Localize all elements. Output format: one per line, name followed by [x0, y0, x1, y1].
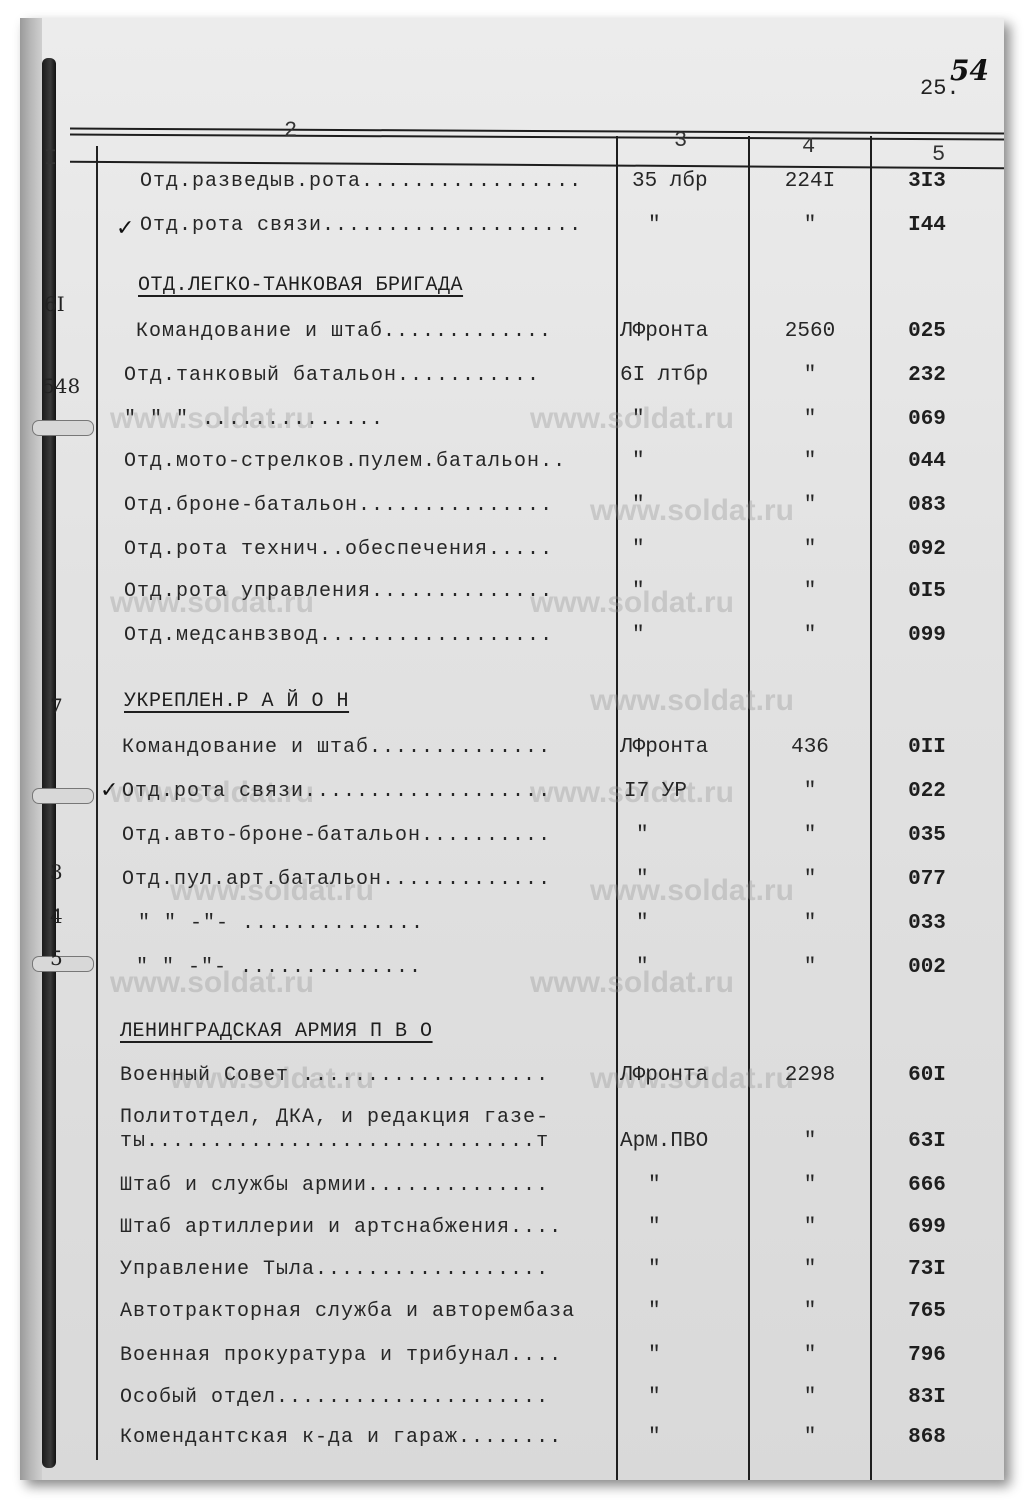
- unit-name: Штаб и службы армии..............: [120, 1174, 549, 1197]
- unit-code: 436: [755, 736, 865, 759]
- table-row: Политотдел, ДКА, и редакция газе- ты....…: [20, 1106, 1004, 1166]
- unit-name: " " " ..............: [124, 408, 384, 431]
- table-row: Автотракторная служба и авторембаза " " …: [20, 1300, 1004, 1340]
- unit-number: 022: [872, 780, 982, 803]
- section-heading: ОТД.ЛЕГКО-ТАНКОВАЯ БРИГАДА: [138, 274, 463, 297]
- unit-subordination: 6I лтбр: [620, 364, 730, 387]
- unit-code: ": [755, 364, 865, 387]
- unit-subordination: ": [632, 408, 742, 431]
- document-page: I 2 3 4 5 25. 54 6I 548 7 3 4 5 ✓ ✓ www.…: [20, 18, 1004, 1480]
- unit-name: Отд.разведыв.рота.................: [140, 170, 582, 193]
- table-row: Отд.рота управления.............. " " 0I…: [20, 580, 1004, 620]
- margin-note: 7: [50, 694, 63, 718]
- unit-name: Политотдел, ДКА, и редакция газе-: [120, 1106, 549, 1129]
- unit-name-continuation: ты..............................т: [120, 1130, 549, 1153]
- unit-code: ": [755, 1216, 865, 1239]
- unit-number: 666: [872, 1174, 982, 1197]
- unit-code: 2298: [755, 1064, 865, 1087]
- table-row: Комендантская к-да и гараж........ " " 8…: [20, 1426, 1004, 1466]
- unit-code: ": [755, 1426, 865, 1449]
- table-row: Отд.рота технич..обеспечения..... " " 09…: [20, 538, 1004, 578]
- unit-subordination: ": [632, 624, 742, 647]
- unit-name: Отд.рота связи...................: [122, 780, 551, 803]
- unit-code: 224I: [755, 170, 865, 193]
- unit-code: ": [755, 780, 865, 803]
- header-rule: [70, 134, 1004, 141]
- unit-code: ": [755, 408, 865, 431]
- unit-subordination: ": [636, 912, 746, 935]
- table-row: Отд.пул.арт.батальон............. " " 07…: [20, 868, 1004, 908]
- table-row: Отд.броне-батальон............... " " 08…: [20, 494, 1004, 534]
- unit-number: 099: [872, 624, 982, 647]
- table-row: Отд.танковый батальон........... 6I лтбр…: [20, 364, 1004, 404]
- unit-number: 025: [872, 320, 982, 343]
- handwritten-page-number: 54: [950, 54, 989, 87]
- table-row: Военный Совет ................... ЛФронт…: [20, 1064, 1004, 1104]
- unit-code: ": [755, 1174, 865, 1197]
- unit-number: 699: [872, 1216, 982, 1239]
- unit-name: " " -"- ..............: [138, 912, 424, 935]
- table-row: Отд.медсанвзвод.................. " " 09…: [20, 624, 1004, 664]
- table-row: " " " .............. " " 069: [20, 408, 1004, 448]
- unit-subordination: 35 лбр: [632, 170, 742, 193]
- unit-number: 033: [872, 912, 982, 935]
- column-header-2: 2: [284, 118, 297, 143]
- unit-subordination: ": [648, 214, 758, 237]
- unit-name: Отд.рота технич..обеспечения.....: [124, 538, 553, 561]
- unit-name: Штаб артиллерии и артснабжения....: [120, 1216, 562, 1239]
- unit-subordination: Арм.ПВО: [620, 1130, 730, 1153]
- watermark: www.soldat.ru: [590, 684, 794, 718]
- unit-subordination: ": [636, 956, 746, 979]
- unit-subordination: ": [632, 494, 742, 517]
- unit-code: ": [755, 1130, 865, 1153]
- unit-number: 765: [872, 1300, 982, 1323]
- table-row: Отд.разведыв.рота................. 35 лб…: [20, 170, 1004, 210]
- column-header-5: 5: [932, 142, 945, 167]
- unit-code: ": [755, 538, 865, 561]
- unit-number: 796: [872, 1344, 982, 1367]
- unit-number: 092: [872, 538, 982, 561]
- unit-name: Отд.авто-броне-батальон..........: [122, 824, 551, 847]
- section-heading: УКРЕПЛЕН.Р А Й О Н: [124, 690, 349, 713]
- column-header-3: 3: [674, 128, 687, 153]
- unit-number: I44: [872, 214, 982, 237]
- unit-code: ": [755, 494, 865, 517]
- unit-code: ": [755, 580, 865, 603]
- table-row: Командование и штаб.............. ЛФронт…: [20, 736, 1004, 776]
- table-row: Штаб и службы армии.............. " " 66…: [20, 1174, 1004, 1214]
- unit-subordination: ": [648, 1386, 758, 1409]
- margin-note: 6I: [44, 292, 65, 316]
- unit-number: 083: [872, 494, 982, 517]
- unit-number: 002: [872, 956, 982, 979]
- unit-subordination: ": [632, 580, 742, 603]
- unit-subordination: ЛФронта: [620, 736, 730, 759]
- table-row: Отд.рота связи................... I7 УР …: [20, 780, 1004, 820]
- unit-name: Командование и штаб.............: [136, 320, 552, 343]
- unit-code: ": [755, 624, 865, 647]
- unit-name: Автотракторная служба и авторембаза: [120, 1300, 575, 1323]
- unit-subordination: ": [636, 868, 746, 891]
- table-row: Командование и штаб............. ЛФронта…: [20, 320, 1004, 360]
- table-row: Отд.рота связи.................... " " I…: [20, 214, 1004, 254]
- table-row: Особый отдел..................... " " 83…: [20, 1386, 1004, 1426]
- unit-code: ": [755, 956, 865, 979]
- unit-code: ": [755, 824, 865, 847]
- table-row: " " -"- .............. " " 002: [20, 956, 1004, 996]
- unit-code: ": [755, 1300, 865, 1323]
- table-row: Отд.авто-броне-батальон.......... " " 03…: [20, 824, 1004, 864]
- unit-name: Отд.броне-батальон...............: [124, 494, 553, 517]
- unit-number: 044: [872, 450, 982, 473]
- unit-name: Отд.пул.арт.батальон.............: [122, 868, 551, 891]
- unit-code: ": [755, 214, 865, 237]
- unit-code: ": [755, 912, 865, 935]
- unit-subordination: ": [636, 824, 746, 847]
- table-row: Штаб артиллерии и артснабжения.... " " 6…: [20, 1216, 1004, 1256]
- unit-subordination: ": [648, 1426, 758, 1449]
- unit-number: 232: [872, 364, 982, 387]
- unit-number: 73I: [872, 1258, 982, 1281]
- unit-name: Отд.рота управления..............: [124, 580, 553, 603]
- unit-name: Отд.рота связи....................: [140, 214, 582, 237]
- table-row: " " -"- .............. " " 033: [20, 912, 1004, 952]
- unit-name: Военная прокуратура и трибунал....: [120, 1344, 562, 1367]
- unit-name: Управление Тыла..................: [120, 1258, 549, 1281]
- unit-number: 868: [872, 1426, 982, 1449]
- unit-number: 3I3: [872, 170, 982, 193]
- section-heading: ЛЕНИНГРАДСКАЯ АРМИЯ П В О: [120, 1020, 433, 1043]
- unit-number: 0II: [872, 736, 982, 759]
- unit-code: ": [755, 450, 865, 473]
- unit-code: ": [755, 1344, 865, 1367]
- table-row: Отд.мото-стрелков.пулем.батальон.. " " 0…: [20, 450, 1004, 490]
- unit-subordination: ": [648, 1174, 758, 1197]
- column-header-1: I: [44, 146, 57, 171]
- unit-name: Отд.мото-стрелков.пулем.батальон..: [124, 450, 566, 473]
- unit-subordination: ": [648, 1216, 758, 1239]
- unit-subordination: ": [632, 538, 742, 561]
- table-row: Управление Тыла.................. " " 73…: [20, 1258, 1004, 1298]
- unit-subordination: ": [648, 1344, 758, 1367]
- unit-name: Отд.танковый батальон...........: [124, 364, 540, 387]
- unit-subordination: ЛФронта: [620, 320, 730, 343]
- unit-name: Отд.медсанвзвод..................: [124, 624, 553, 647]
- unit-subordination: ": [648, 1300, 758, 1323]
- table-row: Военная прокуратура и трибунал.... " " 7…: [20, 1344, 1004, 1384]
- unit-name: " " -"- ..............: [136, 956, 422, 979]
- unit-subordination: ": [648, 1258, 758, 1281]
- unit-number: 069: [872, 408, 982, 431]
- unit-subordination: ЛФронта: [620, 1064, 730, 1087]
- unit-subordination: ": [632, 450, 742, 473]
- header-rule: [70, 161, 1004, 170]
- unit-code: ": [755, 868, 865, 891]
- unit-name: Командование и штаб..............: [122, 736, 551, 759]
- unit-name: Особый отдел.....................: [120, 1386, 549, 1409]
- unit-number: 63I: [872, 1130, 982, 1153]
- unit-code: ": [755, 1258, 865, 1281]
- unit-number: 0I5: [872, 580, 982, 603]
- column-header-4: 4: [802, 134, 815, 159]
- unit-number: 077: [872, 868, 982, 891]
- unit-name: Комендантская к-да и гараж........: [120, 1426, 562, 1449]
- unit-number: 83I: [872, 1386, 982, 1409]
- unit-code: 2560: [755, 320, 865, 343]
- unit-name: Военный Совет ...................: [120, 1064, 549, 1087]
- unit-number: 60I: [872, 1064, 982, 1087]
- unit-subordination: I7 УР: [624, 780, 734, 803]
- unit-number: 035: [872, 824, 982, 847]
- unit-code: ": [755, 1386, 865, 1409]
